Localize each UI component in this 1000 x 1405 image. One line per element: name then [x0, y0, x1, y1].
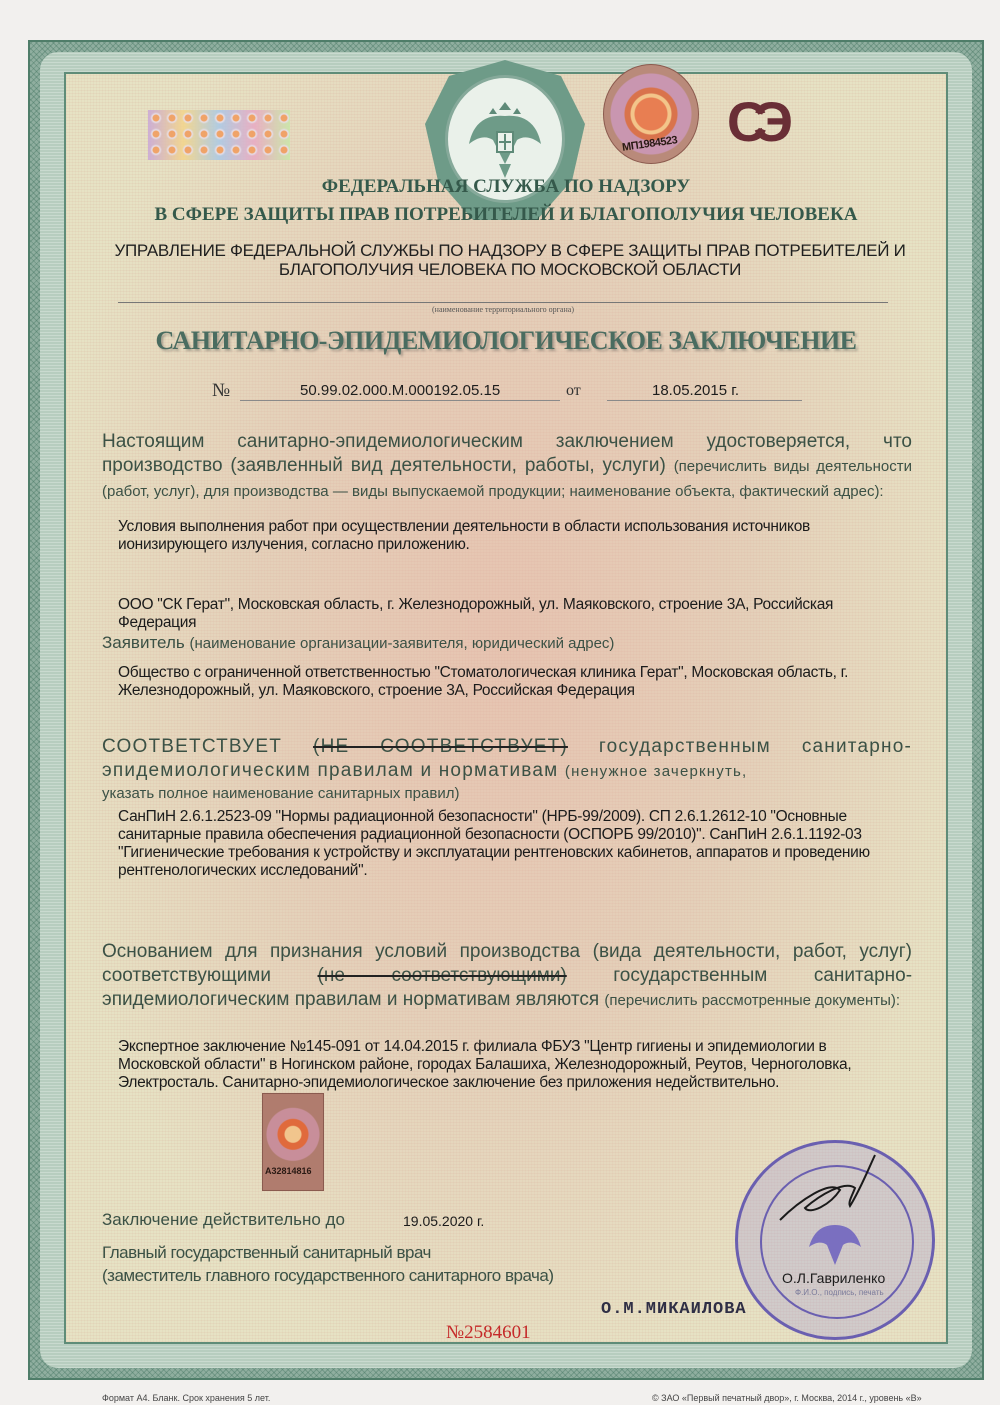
valid-until-date: 19.05.2020 г. — [403, 1213, 484, 1229]
signer-name: О.Л.Гавриленко — [782, 1270, 885, 1286]
compliance-status: СООТВЕТСТВУЕТ — [102, 736, 282, 757]
document-title: САНИТАРНО-ЭПИДЕМИОЛОГИЧЕСКОЕ ЗАКЛЮЧЕНИЕ — [64, 326, 948, 356]
applicant-label-row: Заявитель (наименование организации-заяв… — [102, 633, 614, 653]
agency-title-line1: ФЕДЕРАЛЬНАЯ СЛУЖБА ПО НАДЗОРУ — [64, 176, 948, 198]
hologram-square-icon — [262, 1093, 324, 1191]
valid-until-label: Заключение действительно до — [102, 1210, 345, 1230]
activity-intro: Настоящим санитарно-эпидемиологическим з… — [102, 430, 912, 504]
activity-value: Условия выполнения работ при осуществлен… — [118, 518, 898, 554]
compliance-note2: указать полное наименование санитарных п… — [102, 785, 459, 802]
agency-title-line2: В СФЕРЕ ЗАЩИТЫ ПРАВ ПОТРЕБИТЕЛЕЙ И БЛАГО… — [64, 204, 948, 226]
department-line1: УПРАВЛЕНИЕ ФЕДЕРАЛЬНОЙ СЛУЖБЫ ПО НАДЗОРУ… — [100, 241, 920, 260]
applicant-label-note: (наименование организации-заявителя, юри… — [189, 635, 614, 652]
basis-struck: (не соответствующими) — [318, 965, 567, 986]
department-caption: (наименование территориального органа) — [118, 305, 888, 314]
document-date: 18.05.2015 г. — [652, 382, 739, 399]
department-underline — [118, 302, 888, 303]
date-label: от — [566, 382, 581, 400]
date-underline — [607, 400, 802, 401]
number-sign: № — [212, 380, 230, 402]
activity-address: ООО "СК Герат", Московская область, г. Ж… — [118, 596, 898, 632]
signature-icon — [760, 1150, 880, 1230]
department-line2: БЛАГОПОЛУЧИЯ ЧЕЛОВЕКА ПО МОСКОВСКОЙ ОБЛА… — [100, 260, 920, 279]
chief-deputy-title: (заместитель главного государственного с… — [102, 1266, 554, 1286]
document-number: 50.99.02.000.М.000192.05.15 — [300, 382, 500, 399]
print-info-right: © ЗАО «Первый печатный двор», г. Москва,… — [652, 1393, 922, 1403]
number-underline — [240, 400, 560, 401]
compliance-struck: (НЕ СООТВЕТСТВУЕТ) — [313, 736, 568, 757]
applicant-label: Заявитель — [102, 633, 185, 652]
stamp-name: О.М.МИКАИЛОВА — [601, 1300, 747, 1319]
basis-value: Экспертное заключение №145-091 от 14.04.… — [118, 1038, 898, 1092]
basis-statement: Основанием для признания условий произво… — [102, 940, 912, 1013]
basis-note: (перечислить рассмотренные документы): — [604, 992, 900, 1009]
signer-caption: Ф.И.О., подпись, печать — [795, 1288, 884, 1297]
compliance-statement: СООТВЕТСТВУЕТ (НЕ СООТВЕТСТВУЕТ) государ… — [102, 735, 912, 784]
print-info-left: Формат А4. Бланк. Срок хранения 5 лет. — [102, 1393, 270, 1403]
compliance-note: (ненужное зачеркнуть, — [565, 763, 748, 780]
hologram-square-number: А32814816 — [265, 1166, 312, 1176]
hologram-strip-icon — [148, 110, 290, 160]
form-serial-number: №2584601 — [446, 1322, 531, 1344]
chief-title: Главный государственный санитарный врач — [102, 1243, 431, 1263]
se-mark-icon: CЭ — [718, 94, 788, 148]
compliance-rules: СанПиН 2.6.1.2523-09 "Нормы радиационной… — [118, 808, 898, 880]
document-number-row: № 50.99.02.000.М.000192.05.15 от 18.05.2… — [212, 380, 812, 404]
applicant-value: Общество с ограниченной ответственностью… — [118, 664, 898, 700]
